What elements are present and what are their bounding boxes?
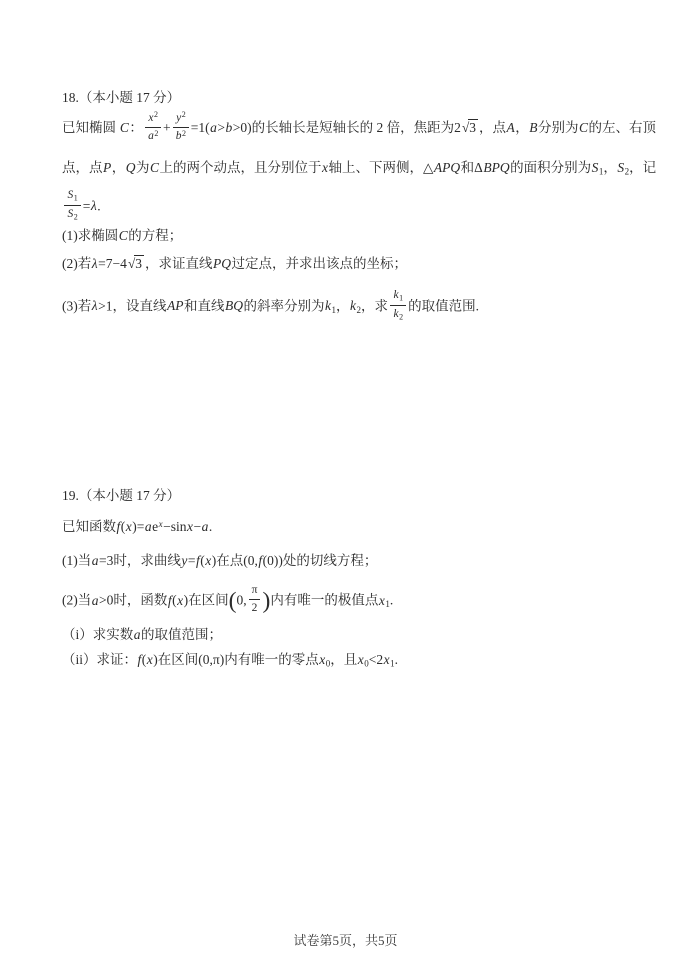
question-19-stem: 已知函数f(x)=aex−sinx−a. xyxy=(62,519,212,536)
page-footer: 试卷第5页，共5页 xyxy=(0,930,691,949)
question-18-header: 18.（本小题 17 分） xyxy=(62,90,180,107)
question-19-header: 19.（本小题 17 分） xyxy=(62,488,180,505)
question-19-part-2: (2)当a>0时，函数f(x)在区间(0,π2)内有唯一的极值点x1. xyxy=(62,585,393,618)
question-18-ratio-equation: S1S2=λ. xyxy=(62,190,101,225)
question-18-part-2: (2)若λ=7−4√3，求证直线PQ过定点，并求出该点的坐标； xyxy=(62,256,407,273)
exam-page: 18.（本小题 17 分） 已知椭圆 C：x2a2+y2b2=1(a>b>0)的… xyxy=(0,0,691,978)
question-19-sub-i: （i）求实数a的取值范围； xyxy=(62,627,222,644)
question-19-sub-ii: （ii）求证：f(x)在区间(0,π)内有唯一的零点x0，且x0<2x1. xyxy=(62,652,398,670)
question-18-part-3: (3)若λ>1，设直线AP和直线BQ的斜率分别为k1，k2，求k1k2的取值范围… xyxy=(62,290,479,325)
question-18-stem-line-1: 已知椭圆 C：x2a2+y2b2=1(a>b>0)的长轴长是短轴长的 2 倍，焦… xyxy=(62,112,656,146)
question-19-part-1: (1)当a=3时，求曲线y=f(x)在点(0,f(0))处的切线方程； xyxy=(62,553,377,570)
question-18-part-1: (1)求椭圆C的方程； xyxy=(62,228,182,245)
question-18-stem-line-2: 点，点P，Q为C上的两个动点，且分别位于x轴上、下两侧，△APQ和ΔBPQ的面积… xyxy=(62,160,656,178)
